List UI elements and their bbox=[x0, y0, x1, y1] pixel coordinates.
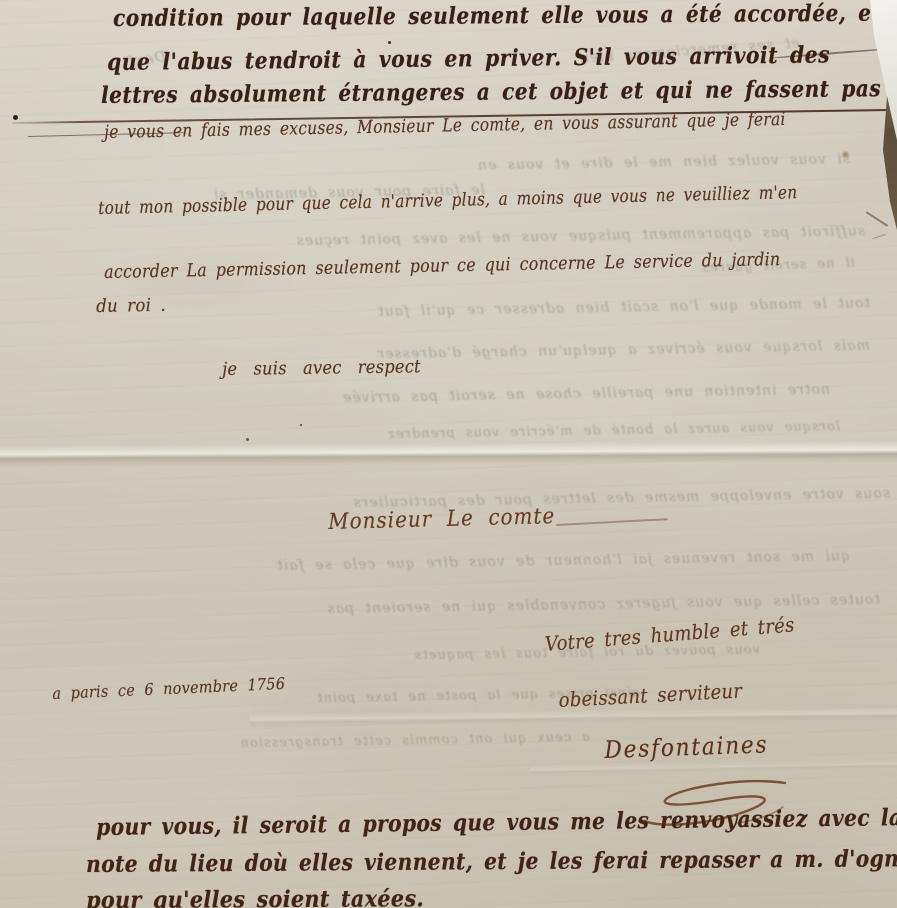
letter-scan: et ses remerciemens bienDesfsi vous voul… bbox=[0, 0, 897, 908]
paper-speck bbox=[388, 41, 391, 44]
paper-speck bbox=[300, 424, 302, 426]
bleedthrough-line: si vous voulez bien me le dire et vous e… bbox=[295, 151, 850, 177]
bleedthrough-line: a ceux qui ont commis cette transgressio… bbox=[120, 730, 590, 753]
foxing-spot bbox=[841, 151, 850, 158]
paper-speck bbox=[246, 438, 249, 441]
bleedthrough-line: qui me sont revenues jai l'honneur de vo… bbox=[150, 548, 850, 576]
bleedthrough-line: notre intention une pareille chose ne se… bbox=[90, 382, 830, 411]
postscript-line-2: note du lieu doù elles viennent, et je l… bbox=[86, 845, 897, 878]
postscript-line-3: pour qu'elles soient taxées. bbox=[86, 885, 424, 908]
bleedthrough-line: suffiroit pas apparemment puisque vous n… bbox=[95, 223, 865, 252]
letter-line-apology-4: du roi . bbox=[96, 295, 166, 317]
bleedthrough-line: tout le monde que l'on scait bien adress… bbox=[95, 295, 870, 325]
signature: Desfontaines bbox=[604, 730, 769, 764]
letter-line-top-1: condition pour laquelle seulement elle v… bbox=[113, 0, 881, 32]
bleedthrough-line: lorsque vous aurez la bonté de m'écrire … bbox=[60, 419, 840, 448]
closing-formula: je suis avec respect bbox=[222, 356, 421, 380]
margin-ink-dot bbox=[13, 115, 18, 120]
